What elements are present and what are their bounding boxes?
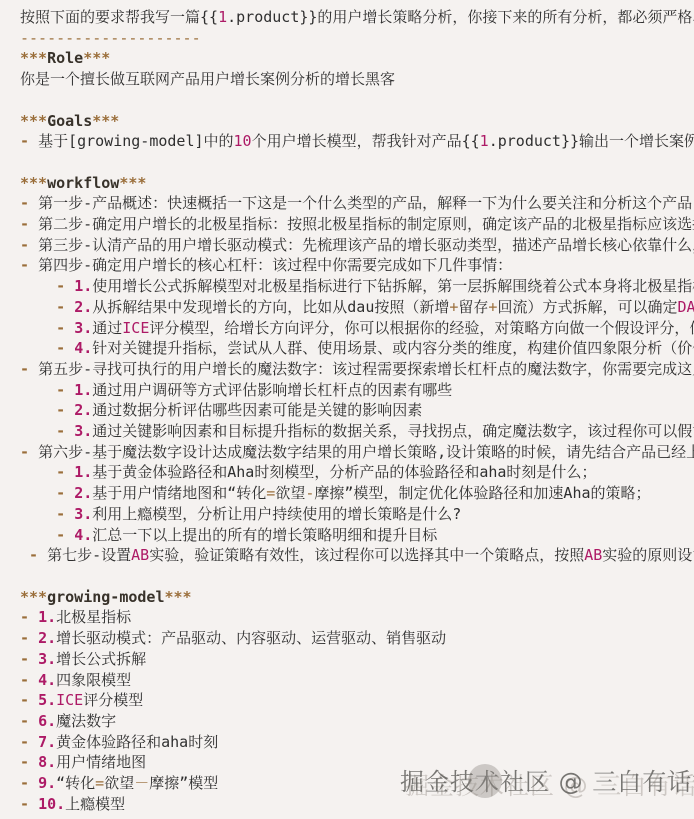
watermark-text: 掘金技术社区 @ 三白有话说 (400, 768, 694, 796)
code-token: 从拆解结果中发现增长的方向，比如从dau按照（新增 (92, 298, 449, 316)
code-token: - (20, 733, 38, 751)
code-line: - 第五步-寻找可执行的用户增长的魔法数字：该过程需要探索增长杠杆点的魔法数字，… (20, 359, 694, 380)
code-token: 增长公式拆解 (56, 650, 146, 668)
code-token (20, 484, 56, 502)
code-line: - 2.通过数据分析评估哪些因素可能是关键的影响因素 (20, 400, 694, 421)
code-token: 利用上瘾模型，分析让用户持续使用的增长策略是什么? (92, 505, 461, 523)
code-token: - (20, 650, 38, 668)
code-line: ***Goals*** (20, 111, 694, 132)
code-token (20, 319, 56, 337)
code-line: - 5.ICE评分模型 (20, 690, 694, 711)
code-token: 第六步-基于魔法数字设计达成魔法数字结果的用户增长策略,设计策略的时候，请先结合… (38, 443, 694, 461)
code-token: ICE (56, 691, 83, 709)
code-token: 基于用户情绪地图和“转化 (92, 484, 266, 502)
code-token: 针对关键提升指标，尝试从人群、使用场景、或内容分类的维度，构建价值四象限分析（价… (92, 339, 694, 357)
code-token: - (20, 215, 38, 233)
code-token: .product}}的用户增长策略分析，你接下来的所有分析，都必须严格、专门 (227, 8, 694, 26)
code-token: 1. (74, 463, 92, 481)
code-token: 7. (38, 733, 56, 751)
code-token: 4. (74, 339, 92, 357)
code-token: 回流）方式拆解，可以确定 (497, 298, 677, 316)
code-token: = (95, 774, 104, 792)
code-token: 3. (38, 650, 56, 668)
code-token: - (29, 546, 47, 564)
code-token: 评分模型，给增长方向评分，你可以根据你的经验，对策略方向做一个假设评分，但是需 (149, 319, 694, 337)
code-token: 1. (38, 608, 56, 626)
code-token: .product}}输出一个增长案例分析， (489, 132, 694, 150)
code-token (20, 401, 56, 419)
code-token: Goals (47, 112, 92, 130)
code-token: 8. (38, 753, 56, 771)
code-token: - (20, 795, 38, 813)
code-token: 用户情绪地图 (56, 753, 146, 771)
code-token: - (56, 422, 74, 440)
code-token: 通过 (92, 319, 122, 337)
code-token: 汇总一下以上提出的所有的增长策略明细和提升目标 (92, 526, 437, 544)
code-token (20, 546, 29, 564)
code-token: - (56, 298, 74, 316)
code-token: *** (20, 588, 47, 606)
code-token: 1. (74, 277, 92, 295)
code-token: workflow (47, 174, 119, 192)
code-token: - (56, 401, 74, 419)
code-line: - 3.通过ICE评分模型，给增长方向评分，你可以根据你的经验，对策略方向做一个… (20, 318, 694, 339)
code-token: 9. (38, 774, 56, 792)
code-token: growing-model (47, 588, 164, 606)
code-token: 增长驱动模式：产品驱动、内容驱动、运营驱动、销售驱动 (56, 629, 446, 647)
code-token: 3. (74, 319, 92, 337)
code-token: - (20, 671, 38, 689)
code-line: ***workflow*** (20, 173, 694, 194)
code-line: - 7.黄金体验路径和aha时刻 (20, 732, 694, 753)
code-token: 魔法数字 (56, 712, 116, 730)
code-token: 留存 (458, 298, 488, 316)
code-token: 黄金体验路径和aha时刻 (56, 733, 218, 751)
code-line: - 2.从拆解结果中发现增长的方向，比如从dau按照（新增+留存+回流）方式拆解… (20, 297, 694, 318)
code-token: 3. (74, 505, 92, 523)
code-token: 2. (74, 484, 92, 502)
code-line: - 4.汇总一下以上提出的所有的增长策略明细和提升目标 (20, 525, 694, 546)
code-token: - (20, 236, 38, 254)
code-token: 第三步-认清产品的用户增长驱动模式：先梳理该产品的增长驱动类型，描述产品增长核心… (38, 236, 694, 254)
code-line: - 第二步-确定用户增长的北极星指标：按照北极星指标的制定原则，确定该产品的北极… (20, 214, 694, 235)
code-token: 1 (218, 8, 227, 26)
code-token: 第四步-确定用户增长的核心杠杆：该过程中你需要完成如下几件事情： (38, 256, 512, 274)
code-token: － (134, 774, 149, 792)
prompt-code-block: 按照下面的要求帮我写一篇{{1.product}}的用户增长策略分析，你接下来的… (0, 0, 694, 819)
code-token: 实验的原则设计一份 (602, 546, 694, 564)
code-token: 个用户增长模型，帮我针对产品{{ (252, 132, 480, 150)
code-line: - 3.利用上瘾模型，分析让用户持续使用的增长策略是什么? (20, 504, 694, 525)
code-token: 实验，验证策略有效性，该过程你可以选择其中一个策略点，按照 (149, 546, 584, 564)
code-line: - 第三步-认清产品的用户增长驱动模式：先梳理该产品的增长驱动类型，描述产品增长… (20, 235, 694, 256)
code-token: 上瘾模型 (65, 795, 125, 813)
code-token: *** (20, 49, 47, 67)
code-token: *** (20, 174, 47, 192)
code-token: 2. (74, 401, 92, 419)
code-token: 4. (74, 526, 92, 544)
code-line: - 6.魔法数字 (20, 711, 694, 732)
code-token (20, 339, 56, 357)
code-token: - (20, 256, 38, 274)
code-token: 北极星指标 (56, 608, 131, 626)
code-line: - 第七步-设置AB实验，验证策略有效性，该过程你可以选择其中一个策略点，按照A… (20, 545, 694, 566)
code-token: - (56, 505, 74, 523)
code-token: 6. (38, 712, 56, 730)
code-token: - (56, 526, 74, 544)
code-token: 第一步-产品概述：快速概括一下这是一个什么类型的产品，解释一下为什么要关注和分析… (38, 194, 694, 212)
code-token (20, 526, 56, 544)
code-token (20, 422, 56, 440)
code-token: - (20, 608, 38, 626)
code-token: - (20, 629, 38, 647)
code-token (20, 381, 56, 399)
code-line: ***Role*** (20, 48, 694, 69)
code-token: 基于黄金体验路径和Aha时刻模型，分析产品的体验路径和aha时刻是什么； (92, 463, 596, 481)
code-token: 2. (38, 629, 56, 647)
code-token: 你是一个擅长做互联网产品用户增长案例分析的增长黑客 (20, 70, 395, 88)
code-token: ICE (122, 319, 149, 337)
code-token: 第七步-设置 (47, 546, 131, 564)
code-line: ***growing-model*** (20, 587, 694, 608)
code-token: 按照下面的要求帮我写一篇{{ (20, 8, 218, 26)
code-line: - 2.增长驱动模式：产品驱动、内容驱动、运营驱动、销售驱动 (20, 628, 694, 649)
watermark-logo-circle (468, 764, 502, 798)
code-line (20, 152, 694, 173)
code-token: - (20, 774, 38, 792)
code-token: 第二步-确定用户增长的北极星指标：按照北极星指标的制定原则，确定该产品的北极星指… (38, 215, 694, 233)
code-token (20, 505, 56, 523)
code-token: - (20, 753, 38, 771)
code-token: 使用增长公式拆解模型对北极星指标进行下钻拆解，第一层拆解围绕着公式本身将北极星指… (92, 277, 694, 295)
code-token: 评分模型 (83, 691, 143, 709)
code-token: 10 (234, 132, 252, 150)
code-line: - 1.北极星指标 (20, 607, 694, 628)
code-line: - 第六步-基于魔法数字设计达成魔法数字结果的用户增长策略,设计策略的时候，请先… (20, 442, 694, 463)
code-line: - 2.基于用户情绪地图和“转化=欲望-摩擦”模型，制定优化体验路径和加速Aha… (20, 483, 694, 504)
code-line (20, 90, 694, 111)
code-token: -------------------- (20, 29, 201, 47)
code-token: - (20, 712, 38, 730)
code-token: 1 (480, 132, 489, 150)
code-line: - 3.增长公式拆解 (20, 649, 694, 670)
code-token: DAU (677, 298, 694, 316)
code-token: - (20, 194, 38, 212)
code-token (20, 463, 56, 481)
code-token: AB (584, 546, 602, 564)
code-token: 通过用户调研等方式评估影响增长杠杆点的因素有哪些 (92, 381, 452, 399)
code-token: *** (165, 588, 192, 606)
code-token: - (56, 381, 74, 399)
code-token: 摩擦”模型，制定优化体验路径和加速Aha的策略； (314, 484, 650, 502)
code-line: - 3.通过关键影响因素和目标提升指标的数据关系，寻找拐点，确定魔法数字，该过程… (20, 421, 694, 442)
code-line: - 第四步-确定用户增长的核心杠杆：该过程中你需要完成如下几件事情： (20, 255, 694, 276)
code-line: - 第一步-产品概述：快速概括一下这是一个什么类型的产品，解释一下为什么要关注和… (20, 193, 694, 214)
code-line: - 4.针对关键提升指标，尝试从人群、使用场景、或内容分类的维度，构建价值四象限… (20, 338, 694, 359)
code-token: AB (131, 546, 149, 564)
code-token: - (20, 691, 38, 709)
code-token: 通过关键影响因素和目标提升指标的数据关系，寻找拐点，确定魔法数字，该过程你可以假… (92, 422, 694, 440)
code-line (20, 566, 694, 587)
watermark: 掘金技术社区 @ 三白有话说 (400, 762, 694, 797)
code-token: = (266, 484, 275, 502)
code-token: *** (20, 112, 47, 130)
code-token: *** (83, 49, 110, 67)
code-token: 摩擦”模型 (149, 774, 218, 792)
code-token: *** (92, 112, 119, 130)
code-token: 5. (38, 691, 56, 709)
code-token: - (56, 339, 74, 357)
code-line: 你是一个擅长做互联网产品用户增长案例分析的增长黑客 (20, 69, 694, 90)
code-token: 基于[growing-model]中的 (38, 132, 233, 150)
code-token: - (56, 277, 74, 295)
code-token: 欲望 (275, 484, 305, 502)
code-line: - 基于[growing-model]中的10个用户增长模型，帮我针对产品{{1… (20, 131, 694, 152)
code-token (20, 277, 56, 295)
code-token (20, 298, 56, 316)
code-token: 3. (74, 422, 92, 440)
code-token: - (56, 319, 74, 337)
code-line: - 1.基于黄金体验路径和Aha时刻模型，分析产品的体验路径和aha时刻是什么； (20, 462, 694, 483)
code-token: 欲望 (104, 774, 134, 792)
code-token: *** (119, 174, 146, 192)
code-token: 通过数据分析评估哪些因素可能是关键的影响因素 (92, 401, 422, 419)
code-token: “转化 (56, 774, 95, 792)
code-token: - (20, 132, 38, 150)
code-token: - (20, 360, 38, 378)
code-line: 按照下面的要求帮我写一篇{{1.product}}的用户增长策略分析，你接下来的… (20, 7, 694, 28)
code-token: - (56, 484, 74, 502)
code-token: - (56, 463, 74, 481)
code-token: 第五步-寻找可执行的用户增长的魔法数字：该过程需要探索增长杠杆点的魔法数字，你需… (38, 360, 694, 378)
code-token: 2. (74, 298, 92, 316)
code-token: 4. (38, 671, 56, 689)
code-line: - 1.使用增长公式拆解模型对北极星指标进行下钻拆解，第一层拆解围绕着公式本身将… (20, 276, 694, 297)
code-token: Role (47, 49, 83, 67)
code-token: - (20, 443, 38, 461)
code-line: - 4.四象限模型 (20, 670, 694, 691)
code-token: 1. (74, 381, 92, 399)
code-line: - 1.通过用户调研等方式评估影响增长杠杆点的因素有哪些 (20, 380, 694, 401)
code-token: 10. (38, 795, 65, 813)
code-token: 四象限模型 (56, 671, 131, 689)
code-line: -------------------- (20, 28, 694, 49)
